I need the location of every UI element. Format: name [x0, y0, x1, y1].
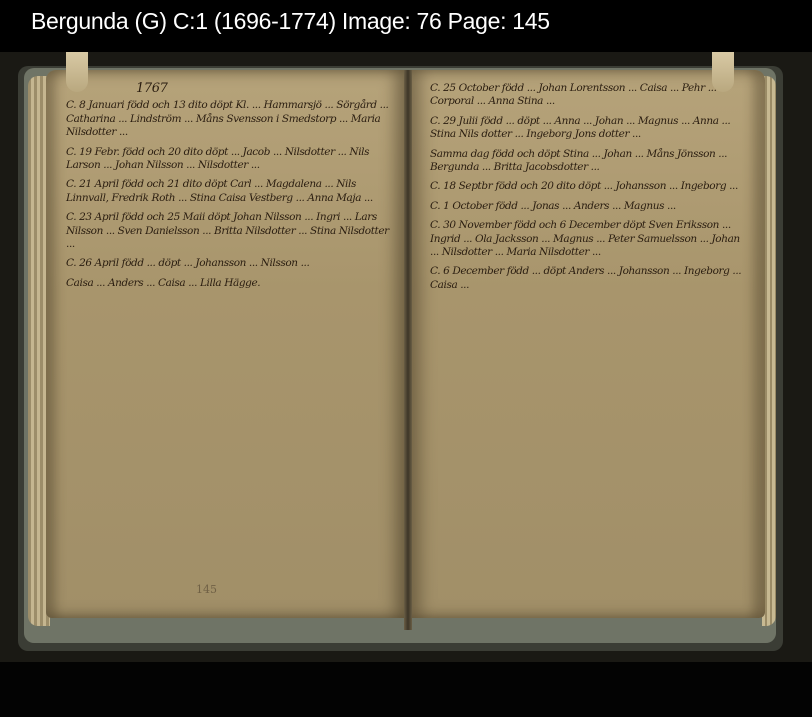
record-entry: C. 26 April född ... döpt ... Johansson …: [66, 257, 392, 270]
title-bar: Bergunda (G) C:1 (1696-1774) Image: 76 P…: [0, 0, 812, 52]
year-heading: 1767: [136, 82, 392, 95]
left-page-text: 1767 C. 8 Januari född och 13 dito döpt …: [66, 82, 392, 296]
image-title: Bergunda (G) C:1 (1696-1774) Image: 76 P…: [31, 8, 550, 35]
right-page: C. 25 October född ... Johan Lorentsson …: [410, 70, 765, 618]
right-page-text: C. 25 October född ... Johan Lorentsson …: [430, 82, 751, 298]
record-entry: C. 8 Januari född och 13 dito döpt Kl. .…: [66, 99, 392, 139]
page-number: 145: [196, 583, 217, 596]
book-spine: [404, 70, 412, 630]
image-viewer[interactable]: 1767 C. 8 Januari född och 13 dito döpt …: [0, 52, 812, 662]
record-entry: C. 23 April född och 25 Maii döpt Johan …: [66, 211, 392, 251]
page-clip-left: [66, 52, 88, 92]
record-entry: C. 25 October född ... Johan Lorentsson …: [430, 82, 751, 109]
record-entry: C. 1 October född ... Jonas ... Anders .…: [430, 200, 751, 213]
bottom-bar: [0, 662, 812, 717]
record-entry: C. 29 Julii född ... döpt ... Anna ... J…: [430, 115, 751, 142]
page-clip-right: [712, 52, 734, 92]
record-entry: Caisa ... Anders ... Caisa ... Lilla Häg…: [66, 277, 392, 290]
record-entry: C. 30 November född och 6 December döpt …: [430, 219, 751, 259]
left-page: 1767 C. 8 Januari född och 13 dito döpt …: [46, 70, 406, 618]
record-entry: C. 21 April född och 21 dito döpt Carl .…: [66, 178, 392, 205]
record-entry: C. 19 Febr. född och 20 dito döpt ... Ja…: [66, 146, 392, 173]
record-entry: C. 18 Septbr född och 20 dito döpt ... J…: [430, 180, 751, 193]
record-entry: C. 6 December född ... döpt Anders ... J…: [430, 265, 751, 292]
record-entry: Samma dag född och döpt Stina ... Johan …: [430, 148, 751, 175]
